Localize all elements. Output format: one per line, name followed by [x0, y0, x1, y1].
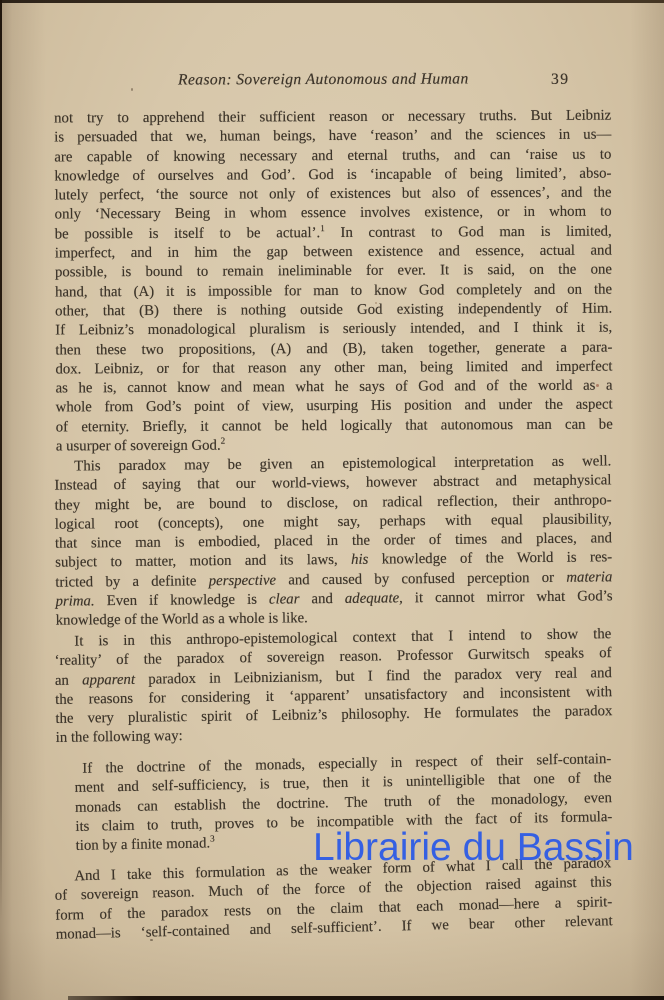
paper-speck	[131, 88, 133, 91]
book-page-photo: Reason: Sovereign Autonomous and Human 3…	[0, 0, 664, 1000]
running-title: Reason: Sovereign Autonomous and Human	[178, 70, 469, 89]
para-2: This paradox may be given an epistemolog…	[54, 453, 613, 632]
page-number: 39	[551, 71, 570, 89]
text-line: of eternity. Briefly, it cannot be held …	[56, 415, 613, 437]
text-line: If Leibniz’s monadological pluralism is …	[55, 319, 612, 341]
paper-speck	[596, 384, 599, 387]
paper-speck	[150, 939, 153, 941]
watermark: Librairie du Bassin	[313, 826, 634, 870]
text-column: not try to apprehend their sufficient re…	[55, 108, 612, 938]
text-line: possible, is bound to remain ineliminabl…	[55, 261, 612, 283]
paper-speck	[375, 302, 377, 304]
text-line: whole from God’s point of view, usurping…	[56, 396, 613, 418]
photo-edge-left	[0, 0, 2, 1000]
photo-edge-bottom	[68, 996, 664, 1000]
text-line: only ‘Necessary Being in whom essence in…	[55, 203, 612, 225]
photo-edge-top	[0, 0, 664, 3]
para-3: It is in this anthropo-epistemological c…	[54, 625, 613, 749]
text-line: is persuaded that we, human beings, have…	[54, 126, 611, 148]
para-1: not try to apprehend their sufficient re…	[54, 107, 613, 457]
